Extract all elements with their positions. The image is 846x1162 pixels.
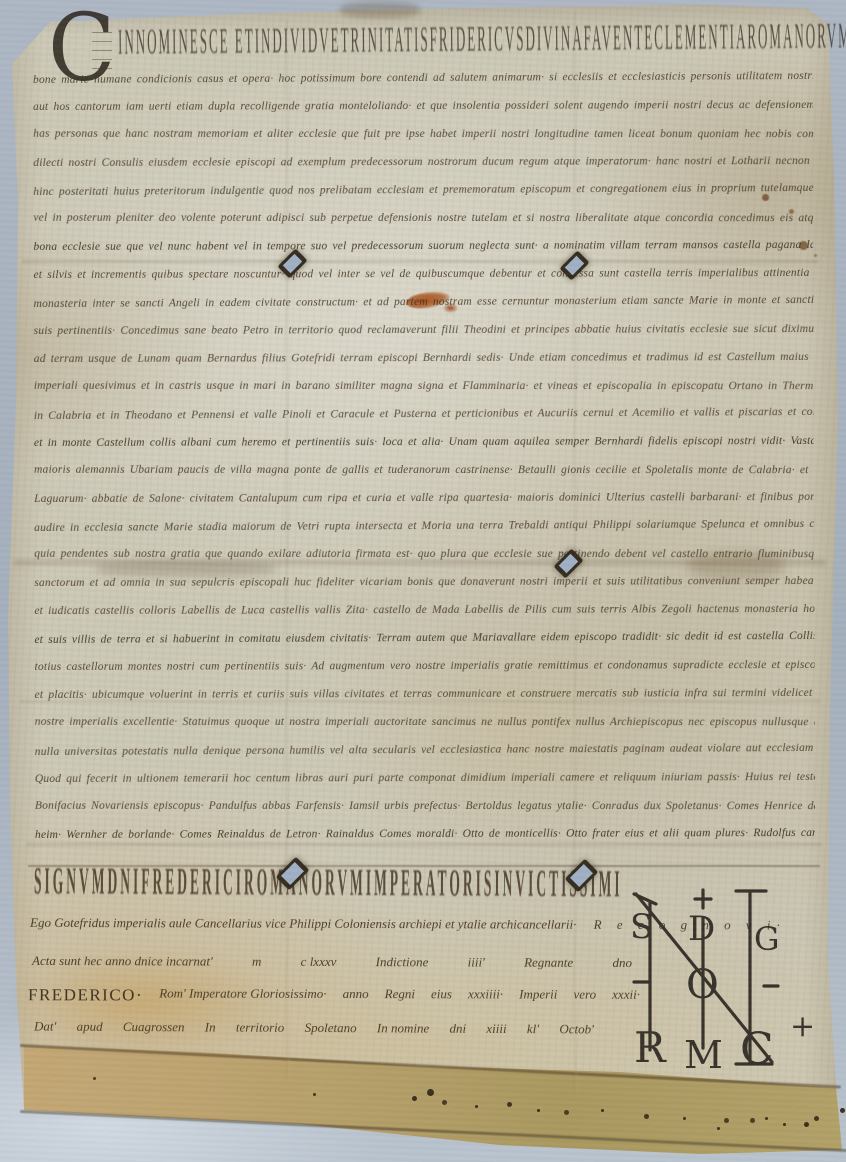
manuscript-line: dilecti nostri Consulis eiusdem ecclesie… [33, 155, 813, 185]
datum-segment: Spoletano [305, 1020, 357, 1036]
manuscript-line: Quod qui fecerit in ultionem temerarii h… [35, 771, 815, 801]
initial-inner-scribbles [92, 32, 112, 74]
elongated-word: IN [118, 20, 136, 65]
datum-segment: apud [77, 1019, 103, 1035]
monogram-letter-r: R [634, 1023, 667, 1072]
manuscript-line: et suis villis de terra et si habuerint … [34, 630, 814, 662]
seal-holes [840, 1108, 845, 1113]
manuscript-line: bona ecclesie sue que vel nunc habent ve… [33, 239, 813, 269]
elongated-word: FREDERICI [141, 860, 244, 905]
manuscript-line: monasteria inter se sancti Angeli in ead… [34, 294, 814, 326]
recognition-text: Ego Gotefridus imperialis aule Cancellar… [30, 915, 576, 932]
photo-of-charter: { "palette":{ "background":"#a8b2c0", "p… [0, 0, 846, 1162]
manuscript-line: quia pendentes sub nostra gratia que qua… [34, 548, 814, 576]
elongated-word: CLEMENTIA [654, 15, 747, 61]
elongated-word: TRINITATIS [340, 18, 429, 64]
elongated-word: FRIDERICVS [429, 17, 525, 63]
elongated-word: DNI [107, 860, 141, 905]
elongated-word: SCE ET [200, 19, 255, 64]
datum-segment: dni [449, 1021, 466, 1037]
frederico-segment: xxxiiii· [468, 986, 503, 1006]
elongated-word: DIVINA [525, 16, 584, 61]
manuscript-line: sanctorum et ad omnia in sua sepulcris e… [34, 575, 814, 605]
manuscript-line: imperiali quesivimus et in castris usque… [34, 380, 814, 408]
monogram-letter-g: G [754, 920, 780, 958]
acta-segment: iiii' [468, 954, 485, 970]
acta-segment: c lxxxv [301, 954, 337, 970]
manuscript-line: ad terram usque de Lunam quam Bernardus … [34, 351, 814, 381]
acta-line: Acta sunt hec anno dnice incarnat'mc lxx… [32, 953, 632, 971]
monogram-letter-m: M [684, 1033, 723, 1077]
manuscript-line: et in monte Castellum collis albani cum … [34, 435, 814, 465]
manuscript-line: totius castellorum montes nostri cum per… [35, 659, 815, 689]
manuscript-line: maioris alemannis Ubariam paucis de vill… [34, 464, 814, 492]
invocation-line: INNOMINESCE ETINDIVIDVETRINITATISFRIDERI… [118, 9, 812, 65]
elongated-word: SIGNVM [34, 860, 108, 905]
datum-segment: Dat' [34, 1019, 56, 1035]
datum-segment: In [205, 1019, 216, 1035]
manuscript-line: Bonifacius Novariensis episcopus· Pandul… [35, 800, 815, 828]
monogram-letter-c: C [740, 1024, 774, 1075]
acta-segment: Regnante [524, 955, 573, 971]
monogram-letter-s: S [630, 907, 653, 947]
elongated-word: NOMINE [136, 20, 200, 65]
acta-segment: m [252, 954, 261, 970]
monogram-letter-d: D [688, 909, 715, 949]
seal-holes [412, 1096, 417, 1101]
manuscript-line: nostre imperialis excellentie· Statuimus… [35, 716, 815, 744]
frederico-segment: anno [343, 986, 369, 1006]
manuscript-line: nulla universitas potestatis nulla deniq… [35, 742, 815, 774]
datum-segment: Octob' [559, 1021, 594, 1037]
manuscript-line: et placitis· ubicumque voluerint in terr… [35, 687, 815, 717]
manuscript-line: et silvis et incrementis quibus spectare… [33, 267, 813, 297]
elongated-word: INVICTISSIMI [494, 862, 623, 907]
datum-line: Dat'apudCuagrossenInterritorioSpoletanoI… [34, 1019, 594, 1038]
datum-segment: Cuagrossen [123, 1019, 185, 1035]
datum-segment: territorio [236, 1020, 284, 1036]
manuscript-line: Laguarum· abbatie de Salone· civitatem C… [34, 491, 814, 521]
imperial-monogram: S D G O R M C + [626, 886, 818, 1078]
datum-segment: kl' [527, 1021, 539, 1037]
elongated-word: FAVENTE [583, 16, 654, 61]
frederico-segment: Imperii [519, 986, 557, 1006]
monogram-letter-o: O [686, 962, 719, 1008]
manuscript-line: bone marie humane condicionis casus et o… [33, 70, 813, 102]
monogram-cross: + [790, 1009, 815, 1044]
recognition-line: Ego Gotefridus imperialis aule Cancellar… [30, 915, 690, 933]
manuscript-line: aut hos cantorum iam uerti etiam dupla r… [33, 99, 813, 129]
charter-body-text: bone marie humane condicionis casus et o… [33, 71, 815, 857]
manuscript-line: hinc posteritati huius preteritorum indu… [33, 182, 813, 214]
signum-line: SIGNVMDNIFREDERICIROMANORVMIMPERATORISIN… [34, 853, 590, 908]
datum-segment: xiiii [486, 1021, 506, 1037]
datum-segment: In nomine [377, 1020, 429, 1036]
elongated-word: INDIVIDVE [255, 18, 341, 64]
frederico-segment: eius [431, 986, 452, 1006]
acta-segment: Acta sunt hec anno dnice incarnat' [32, 953, 213, 970]
frederico-segment: Rom' Imperatore Gloriosissimo· [159, 986, 326, 1006]
manuscript-line: in Calabria et in Theodano et Pennensi e… [34, 406, 814, 438]
acta-segment: Indictione [376, 954, 429, 970]
frederico-segment: Regni [385, 986, 415, 1006]
manuscript-line: audire in ecclesia sancte Marie stadia m… [34, 518, 814, 550]
elongated-word: IMPERATORIS [366, 861, 495, 906]
manuscript-line: has personas que hanc nostram memoriam e… [33, 128, 813, 156]
frederico-line: FREDERICO·Rom' Imperatore Gloriosissimo·… [28, 985, 640, 1007]
elongated-word: ROMANORVM [747, 14, 846, 60]
manuscript-line: vel in posterum pleniter deo volente pot… [33, 212, 813, 240]
manuscript-line: et iudicatis castellis colloris Labellis… [34, 603, 814, 633]
frederico-segment: FREDERICO· [28, 985, 143, 1005]
manuscript-line: suis pertinentiis· Concedimus sane beato… [34, 323, 814, 353]
frederico-segment: vero [573, 987, 596, 1007]
